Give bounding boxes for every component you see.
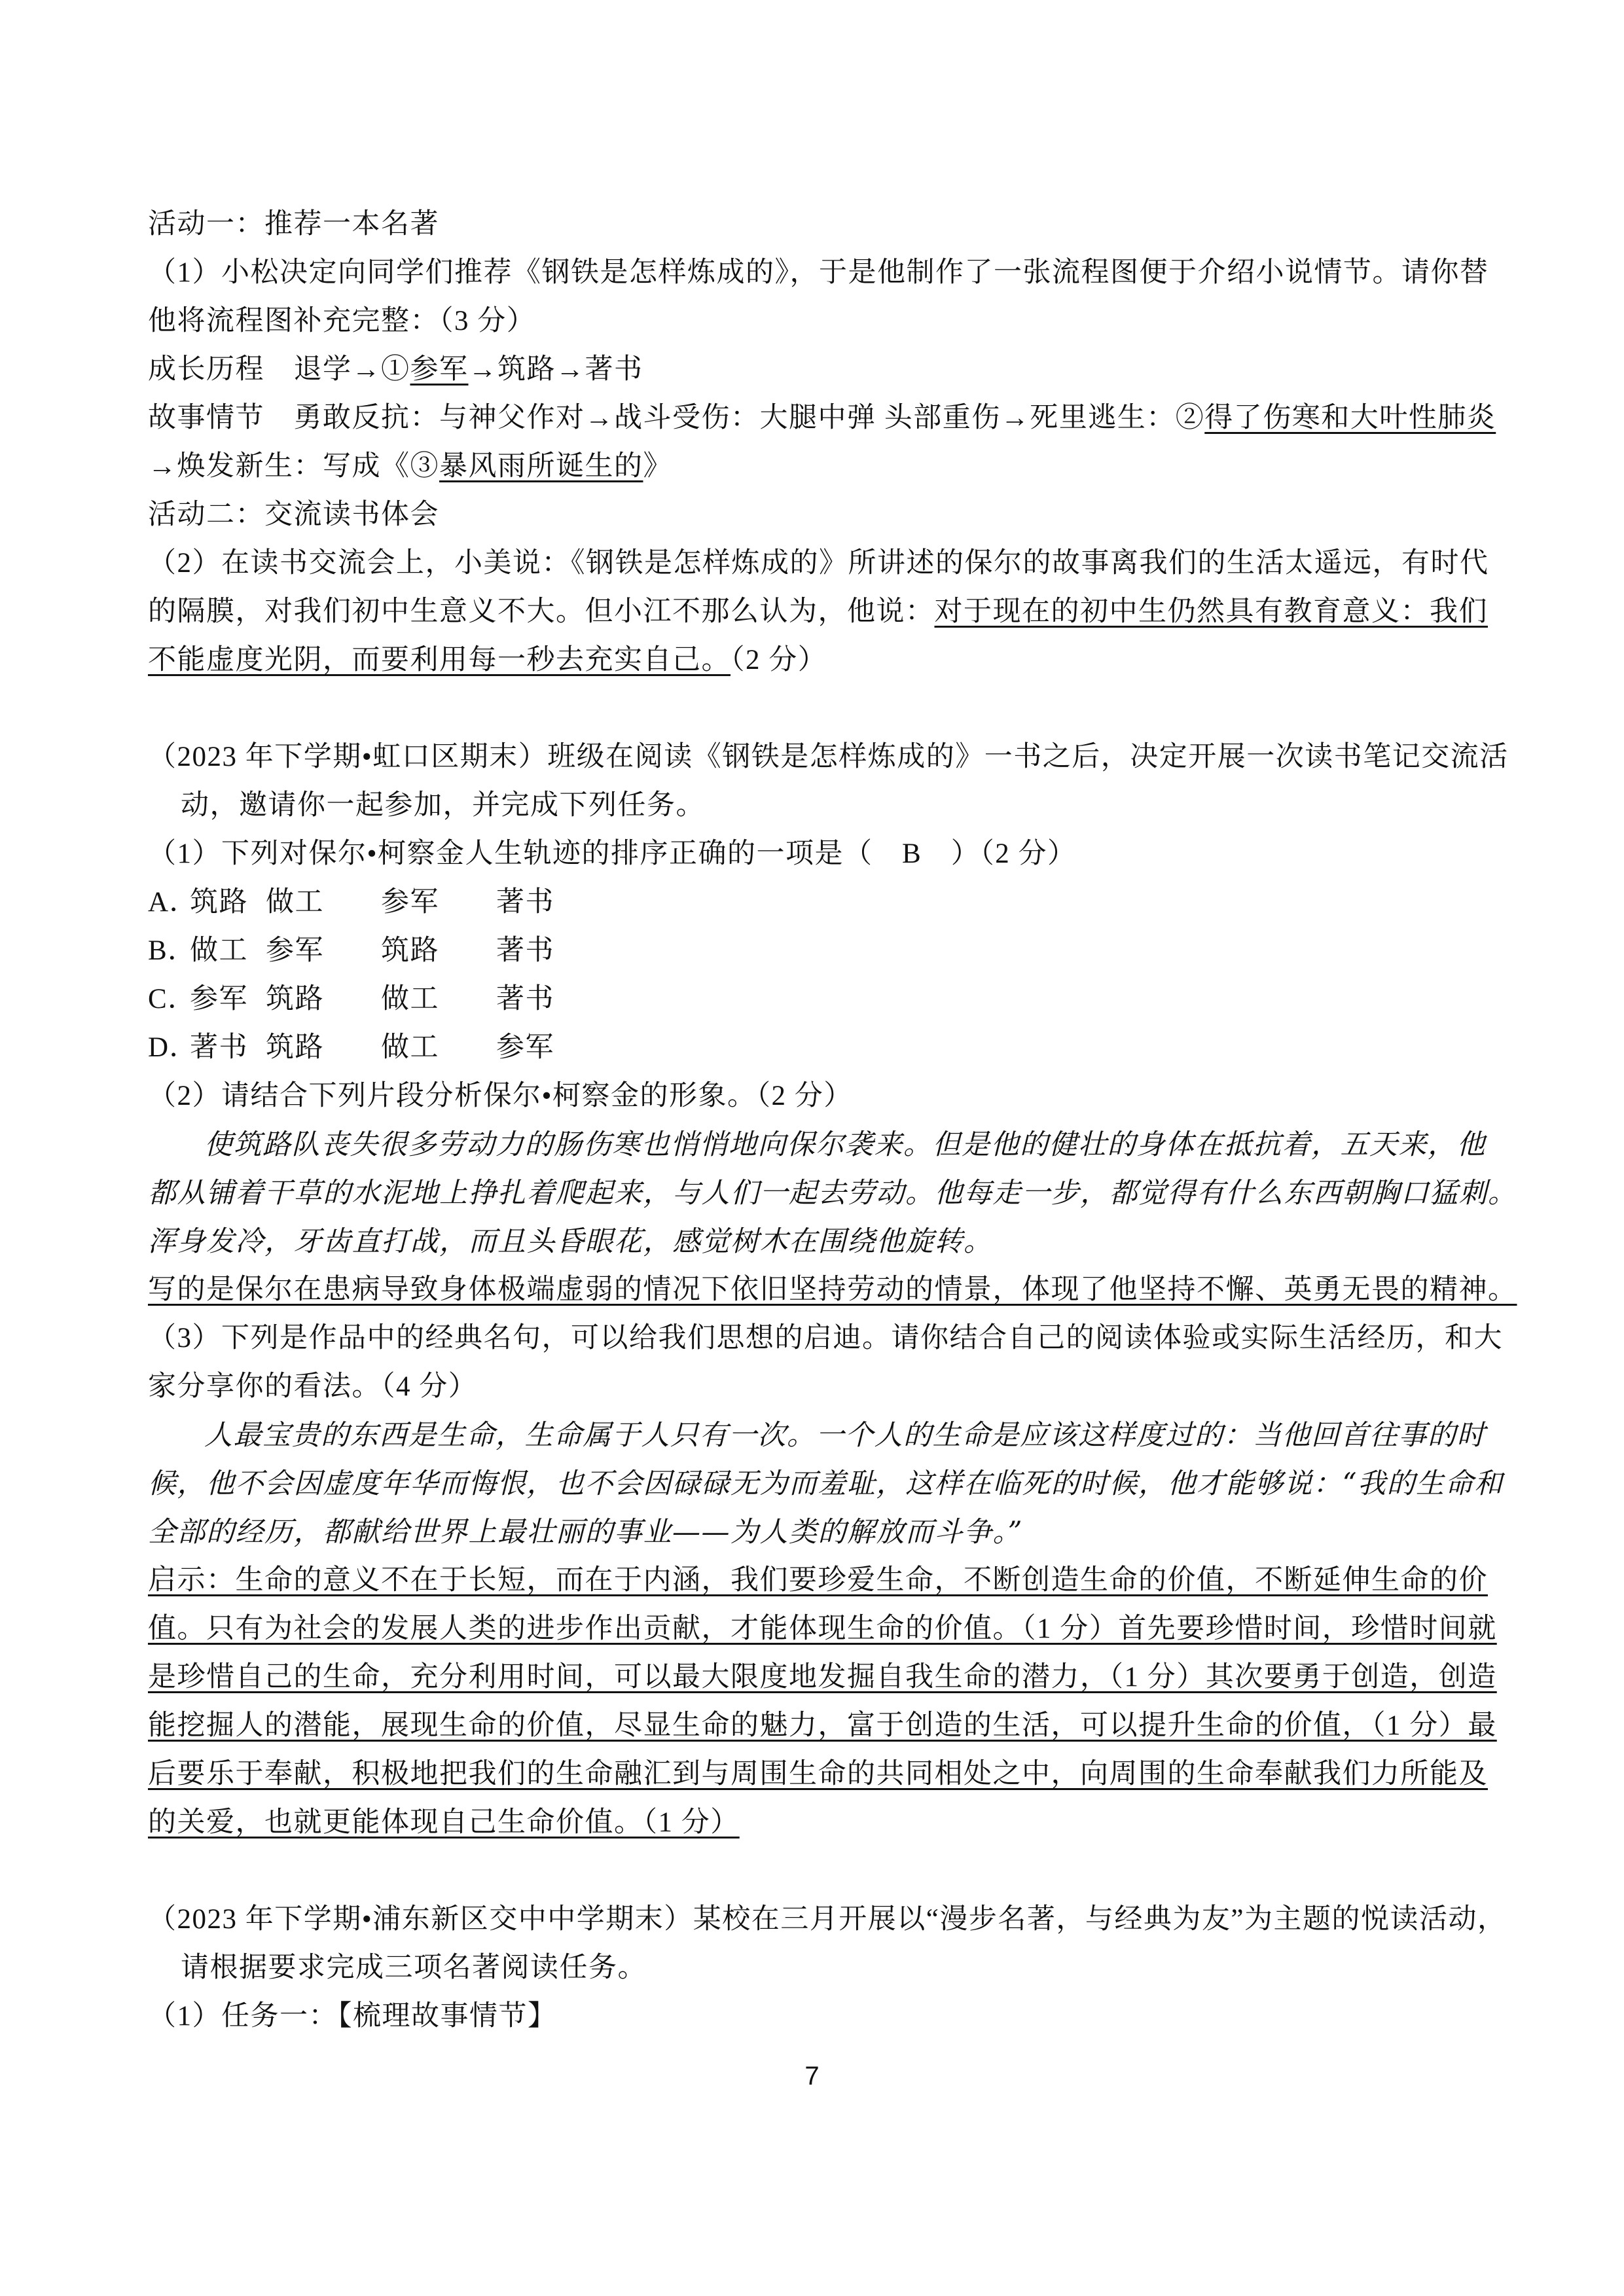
answer-line: 值。只有为社会的发展人类的进步作出贡献，才能体现生命的价值。（1 分）首先要珍惜… [148, 1605, 1483, 1653]
option-a: A．筑路做工参军著书 [148, 878, 1483, 927]
activity2-heading: 活动二：交流读书体会 [148, 491, 1483, 539]
question-1-line2: 他将流程图补充完整：（3 分） [148, 297, 1483, 346]
growth-label: 成长历程 [148, 354, 264, 385]
answer-line: 启示：生命的意义不在于长短，而在于内涵，我们要珍爱生命，不断创造生命的价值，不断… [148, 1556, 1483, 1605]
question-2-score: （2 分） [731, 645, 827, 675]
answer-line: 的关爱，也就更能体现自己生命价值。（1 分） [148, 1799, 1483, 1847]
answer-line: 能挖掘人的潜能，展现生命的价值，尽显生命的魅力，富于创造的生活，可以提升生命的价… [148, 1702, 1483, 1750]
document-page: 活动一：推荐一本名著 （1）小松决定向同学们推荐《钢铁是怎样炼成的》，于是他制作… [0, 0, 1624, 2296]
section3-task1: （1）任务一：【梳理故事情节】 [148, 1992, 1483, 2041]
story-answer: 得了伤寒和大叶性肺炎 [1204, 403, 1496, 433]
section2-question-2: （2）请结合下列片段分析保尔•柯察金的形象。（2 分） [148, 1072, 1483, 1121]
excerpt-line: 使筑路队丧失很多劳动力的肠伤寒也悄悄地向保尔袭来。但是他的健壮的身体在抵抗着，五… [148, 1121, 1483, 1169]
option-b: B．做工参军筑路著书 [148, 927, 1483, 975]
answer-line: 是珍惜自己的生命，充分利用时间，可以最大限度地发掘自我生命的潜力，（1 分）其次… [148, 1653, 1483, 1702]
question-2-answer-part2: 不能虚度光阴，而要利用每一秒去充实自己。 [148, 645, 731, 675]
question-2-text: 的隔膜，对我们初中生意义不大。但小江不那么认为，他说： [148, 596, 935, 627]
page-number: 7 [0, 2062, 1624, 2091]
section3-intro-line2: 请根据要求完成三项名著阅读任务。 [148, 1944, 1483, 1992]
page-content: 活动一：推荐一本名著 （1）小松决定向同学们推荐《钢铁是怎样炼成的》，于是他制作… [148, 200, 1483, 2041]
question-2-line1: （2）在读书交流会上，小美说：《钢铁是怎样炼成的》所讲述的保尔的故事离我们的生活… [148, 539, 1483, 588]
section3-intro-line1: （2023 年下学期•浦东新区交中中学期末）某校在三月开展以“漫步名著，与经典为… [148, 1895, 1483, 1944]
section2-q2-answer: 写的是保尔在患病导致身体极端虚弱的情况下依旧坚持劳动的情景，体现了他坚持不懈、英… [148, 1274, 1517, 1305]
story2-answer: 暴风雨所诞生的 [439, 451, 643, 482]
section2-question-3-line1: （3）下列是作品中的经典名句，可以给我们思想的启迪。请你结合自己的阅读体验或实际… [148, 1314, 1483, 1363]
growth-post: →筑路→著书 [469, 354, 643, 385]
activity1-heading: 活动一：推荐一本名著 [148, 200, 1483, 249]
section2-question-3-line2: 家分享你的看法。（4 分） [148, 1363, 1483, 1411]
question-2-answer-part1: 对于现在的初中生仍然具有教育意义：我们 [935, 596, 1489, 627]
story2-post: 》 [643, 451, 673, 482]
question-2-line3: 不能虚度光阴，而要利用每一秒去充实自己。（2 分） [148, 636, 1483, 685]
quote-line: 全部的经历，都献给世界上最壮丽的事业——为人类的解放而斗争。” [148, 1508, 1483, 1556]
section-gap [148, 1847, 1483, 1895]
section2-intro-line1: （2023 年下学期•虹口区期末）班级在阅读《钢铁是怎样炼成的》一书之后，决定开… [148, 733, 1483, 781]
growth-answer: 参军 [410, 354, 469, 385]
excerpt-line: 都从铺着干草的水泥地上挣扎着爬起来，与人们一起去劳动。他每走一步，都觉得有什么东… [148, 1169, 1483, 1217]
section2-intro-line2: 动，邀请你一起参加，并完成下列任务。 [148, 781, 1483, 830]
flowchart-story-row2: →焕发新生：写成《③暴风雨所诞生的》 [148, 442, 1483, 491]
option-d: D．著书筑路做工参军 [148, 1024, 1483, 1072]
answer-line: 后要乐于奉献，积极地把我们的生命融汇到与周围生命的共同相处之中，向周围的生命奉献… [148, 1750, 1483, 1799]
quote-line: 候，他不会因虚度年华而悔恨，也不会因碌碌无为而羞耻，这样在临死的时候，他才能够说… [148, 1460, 1483, 1508]
question-2-line2: 的隔膜，对我们初中生意义不大。但小江不那么认为，他说：对于现在的初中生仍然具有教… [148, 588, 1483, 636]
growth-pre: 退学→① [294, 354, 410, 385]
section2-question-1: （1）下列对保尔•柯察金人生轨迹的排序正确的一项是（ B ）（2 分） [148, 830, 1483, 878]
option-c: C．参军筑路做工著书 [148, 975, 1483, 1024]
question-2-answer-row: 写的是保尔在患病导致身体极端虚弱的情况下依旧坚持劳动的情景，体现了他坚持不懈、英… [148, 1266, 1483, 1314]
story-label: 故事情节 [148, 403, 264, 433]
section-gap [148, 685, 1483, 733]
flowchart-growth-row: 成长历程 退学→①参军→筑路→著书 [148, 346, 1483, 394]
quote-line: 人最宝贵的东西是生命，生命属于人只有一次。一个人的生命是应该这样度过的：当他回首… [148, 1411, 1483, 1460]
flowchart-story-row: 故事情节 勇敢反抗：与神父作对→战斗受伤：大腿中弹 头部重伤→死里逃生：②得了伤… [148, 394, 1483, 442]
story-pre: 勇敢反抗：与神父作对→战斗受伤：大腿中弹 头部重伤→死里逃生：② [294, 403, 1205, 433]
excerpt-line: 浑身发冷，牙齿直打战，而且头昏眼花，感觉树木在围绕他旋转。 [148, 1217, 1483, 1266]
question-1-line1: （1）小松决定向同学们推荐《钢铁是怎样炼成的》，于是他制作了一张流程图便于介绍小… [148, 249, 1483, 297]
story2-pre: →焕发新生：写成《③ [148, 451, 439, 482]
